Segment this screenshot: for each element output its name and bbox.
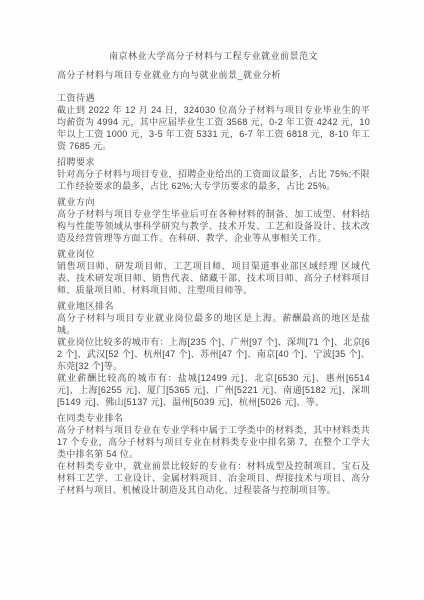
section-region-heading: 就业地区排名 (57, 300, 370, 312)
section-positions-heading: 就业岗位 (57, 248, 370, 260)
section-region-paragraph-1: 高分子材料与项目专业就业岗位最多的地区是上海。薪酬最高的地区是盐城。 (57, 312, 370, 336)
section-region-paragraph-3: 就业薪酬比较高的城市有：盐城[12499 元]、北京[6530 元]、惠州[65… (57, 372, 370, 408)
section-region-ranking: 就业地区排名 高分子材料与项目专业就业岗位最多的地区是上海。薪酬最高的地区是盐城… (57, 300, 370, 408)
section-major-ranking-heading: 在同类专业排名 (57, 412, 370, 424)
section-major-ranking-paragraph-1: 高分子材料与项目专业在专业学科中属于工学类中的材料类，其中材料类共 17 个专业… (57, 424, 370, 460)
section-salary-heading: 工资待遇 (57, 92, 370, 104)
section-job-positions: 就业岗位 销售项目师、研发项目师、工艺项目师、项目渠道事业部区域经理 区域代表、… (57, 248, 370, 296)
section-major-ranking-paragraph-2: 在材料类专业中，就业前景比较好的专业有：材料成型及控制项目、宝石及材料工艺学、工… (57, 460, 370, 496)
document-canvas: 南京林业大学高分子材料与工程专业就业前景范文 高分子材料与项目专业就业方向与就业… (0, 0, 424, 600)
section-salary-paragraph: 截止到 2022 年 12 月 24 日，324030 位高分子材料与项目专业毕… (57, 104, 370, 152)
section-major-ranking: 在同类专业排名 高分子材料与项目专业在专业学科中属于工学类中的材料类，其中材料类… (57, 412, 370, 496)
document-title: 南京林业大学高分子材料与工程专业就业前景范文 (57, 50, 370, 62)
section-direction-paragraph: 高分子材料与项目专业学生毕业后可在各种材料的制备、加工成型、材料结构与性能等领域… (57, 208, 370, 244)
section-recruitment-heading: 招聘要求 (57, 156, 370, 168)
section-positions-paragraph: 销售项目师、研发项目师、工艺项目师、项目渠道事业部区域经理 区域代表、技术研发项… (57, 260, 370, 296)
section-employment-direction: 就业方向 高分子材料与项目专业学生毕业后可在各种材料的制备、加工成型、材料结构与… (57, 196, 370, 244)
document-page: 南京林业大学高分子材料与工程专业就业前景范文 高分子材料与项目专业就业方向与就业… (0, 0, 424, 600)
section-region-paragraph-2: 就业岗位比较多的城市有：上海[235 个]、广州[97 个]、深圳[71 个]、… (57, 336, 370, 372)
section-recruitment-paragraph: 针对高分子材料与项目专业，招聘企业给出的工资面议最多，占比 75%;不限工作经验… (57, 168, 370, 192)
section-recruitment-requirements: 招聘要求 针对高分子材料与项目专业，招聘企业给出的工资面议最多，占比 75%;不… (57, 156, 370, 192)
document-subtitle: 高分子材料与项目专业就业方向与就业前景_就业分析 (57, 69, 370, 81)
section-direction-heading: 就业方向 (57, 196, 370, 208)
section-salary: 工资待遇 截止到 2022 年 12 月 24 日，324030 位高分子材料与… (57, 92, 370, 152)
